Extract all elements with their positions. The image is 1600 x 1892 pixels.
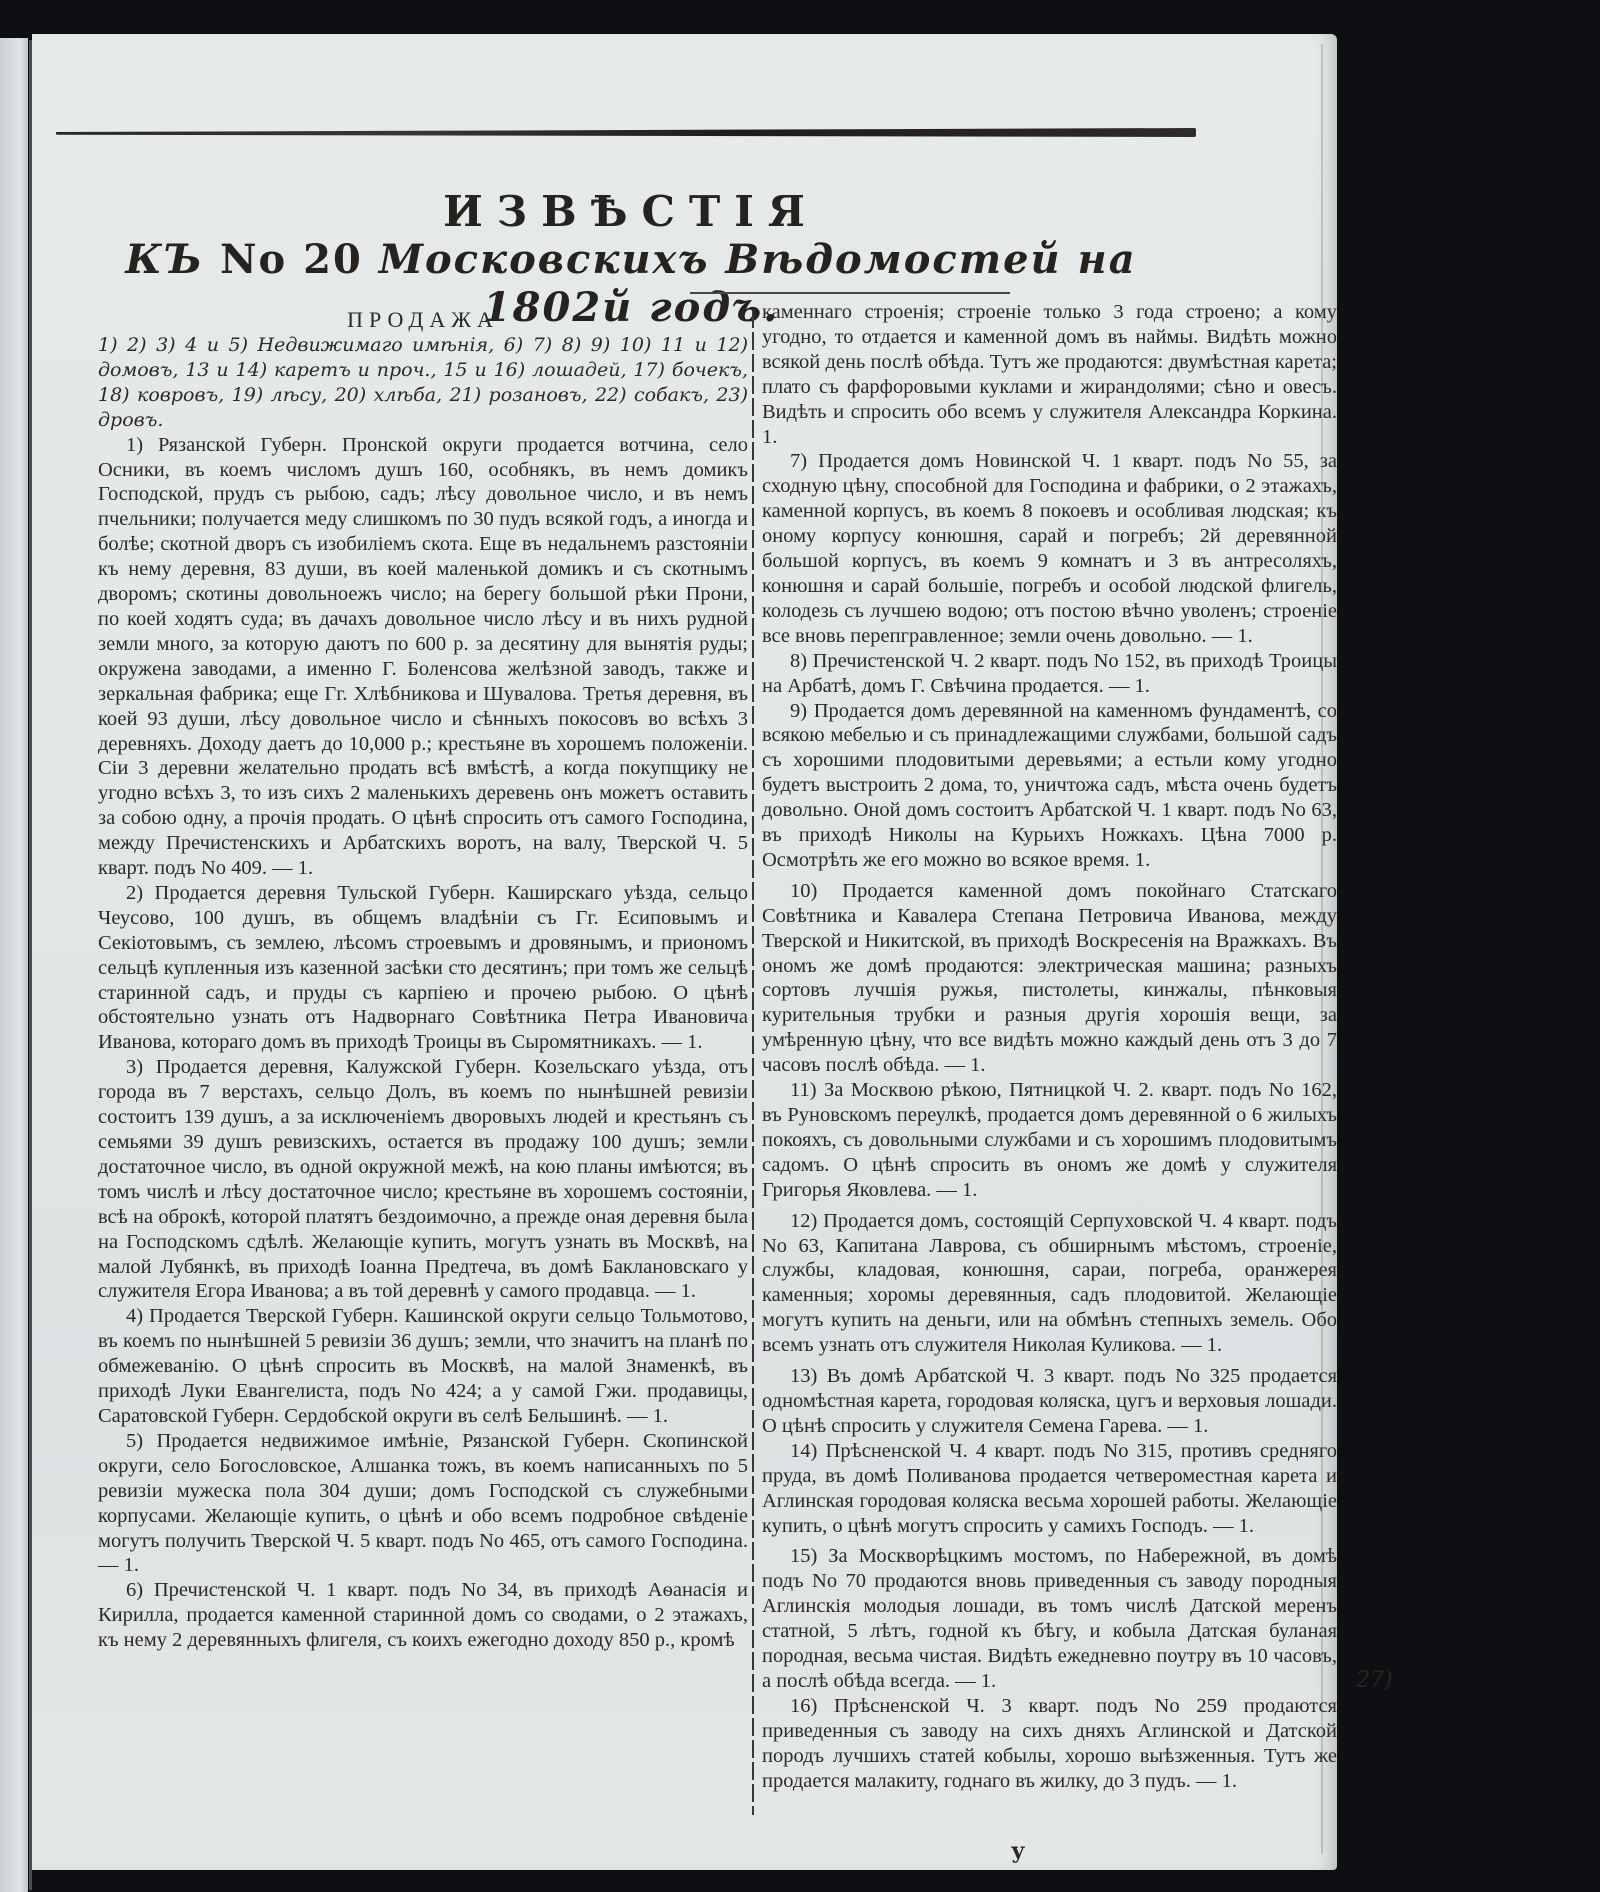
listing-16: 16) Прѣсненской Ч. 3 кварт. подъ No 259 … [762, 1694, 1337, 1794]
listing-8: 8) Пречистенской Ч. 2 кварт. подъ No 152… [762, 649, 1337, 699]
listing-number: 14) [790, 1440, 817, 1462]
listing-text: Продается домъ деревянной на каменномъ ф… [762, 700, 1337, 871]
listing-text: Продается деревня, Калужской Губерн. Коз… [98, 1056, 748, 1302]
issue-number: No 20 [220, 236, 363, 283]
listing-number: 8) [790, 650, 807, 672]
listing-15: 15) За Москворѣцкимъ мостомъ, по Набереж… [762, 1544, 1337, 1693]
listing-12: 12) Продается домъ, состоящій Серпуховск… [762, 1209, 1337, 1358]
masthead: ИЗВѢСТІЯ [56, 188, 1206, 236]
page-number: 27) [1356, 1668, 1393, 1693]
listing-text: Пречистенской Ч. 1 кварт. подъ No 34, въ… [98, 1579, 748, 1651]
listing-text: Въ домѣ Арбатской Ч. 3 кварт. подъ No 32… [762, 1365, 1337, 1437]
listing-text: Продается домъ Новинской Ч. 1 кварт. под… [762, 450, 1337, 646]
listing-text: За Москворѣцкимъ мостомъ, по Набережной,… [762, 1545, 1337, 1692]
listing-1: 1) Рязанской Губерн. Пронской округи про… [98, 433, 748, 881]
listing-5: 5) Продается недвижимое имѣніе, Рязанско… [98, 1429, 748, 1578]
listing-number: 7) [790, 450, 807, 472]
subtitle-rule [690, 292, 1010, 294]
listing-text: За Москвою рѣкою, Пятницкой Ч. 2. кварт.… [762, 1079, 1337, 1201]
subtitle-prefix: КЪ [125, 236, 204, 283]
listing-number: 5) [126, 1430, 143, 1452]
listing-text: Пречистенской Ч. 2 кварт. подъ No 152, в… [762, 650, 1337, 697]
listing-number: 4) [126, 1305, 143, 1327]
listing-14: 14) Прѣсненской Ч. 4 кварт. подъ No 315,… [762, 1439, 1337, 1539]
masthead-title: ИЗВѢСТІЯ [56, 188, 1206, 236]
listing-text: Продается деревня Тульской Губерн. Кашир… [98, 882, 748, 1053]
listing-text: Продается Тверской Губерн. Кашинской окр… [98, 1305, 748, 1427]
section-heading: ПРОДАЖА [98, 307, 748, 333]
listing-6-continued: каменнаго строенія; строеніе только 3 го… [762, 300, 1337, 449]
listing-6: 6) Пречистенской Ч. 1 кварт. подъ No 34,… [98, 1578, 748, 1653]
listing-number: 16) [790, 1695, 817, 1717]
listing-text: Прѣсненской Ч. 4 кварт. подъ No 315, про… [762, 1440, 1337, 1537]
listing-2: 2) Продается деревня Тульской Губерн. Ка… [98, 881, 748, 1055]
listing-number: 12) [790, 1210, 817, 1232]
right-column: каменнаго строенія; строеніе только 3 го… [762, 300, 1337, 1793]
listing-number: 2) [126, 882, 143, 904]
listing-text: каменнаго строенія; строеніе только 3 го… [762, 301, 1337, 448]
listing-number: 3) [126, 1056, 143, 1078]
listing-number: 1) [126, 434, 143, 456]
listing-number: 11) [790, 1079, 817, 1101]
listing-number: 9) [790, 700, 807, 722]
listing-text: Продается каменной домъ покойнаго Статск… [762, 880, 1337, 1076]
listing-3: 3) Продается деревня, Калужской Губерн. … [98, 1055, 748, 1304]
listing-4: 4) Продается Тверской Губерн. Кашинской … [98, 1304, 748, 1429]
listing-text: Прѣсненской Ч. 3 кварт. подъ No 259 прод… [762, 1695, 1337, 1792]
listing-7: 7) Продается домъ Новинской Ч. 1 кварт. … [762, 449, 1337, 648]
listing-text: Продается домъ, состоящій Серпуховской Ч… [762, 1210, 1337, 1357]
signature-mark: у [1011, 1838, 1025, 1864]
listing-number: 13) [790, 1365, 817, 1387]
listing-number: 6) [126, 1579, 143, 1601]
section-index: 1) 2) 3) 4 и 5) Недвижимаго имѣнія, 6) 7… [98, 333, 748, 433]
left-column: ПРОДАЖА 1) 2) 3) 4 и 5) Недвижимаго имѣн… [98, 307, 748, 1653]
listing-text: Продается недвижимое имѣніе, Рязанской Г… [98, 1430, 748, 1577]
listing-10: 10) Продается каменной домъ покойнаго Ст… [762, 879, 1337, 1078]
listing-11: 11) За Москвою рѣкою, Пятницкой Ч. 2. кв… [762, 1078, 1337, 1203]
listing-13: 13) Въ домѣ Арбатской Ч. 3 кварт. подъ N… [762, 1364, 1337, 1439]
previous-page-edge [0, 38, 28, 1892]
listing-9: 9) Продается домъ деревянной на каменном… [762, 699, 1337, 873]
listing-text: Рязанской Губерн. Пронской округи продае… [98, 434, 748, 879]
listing-number: 10) [790, 880, 817, 902]
column-divider [752, 310, 754, 1815]
listing-number: 15) [790, 1545, 817, 1567]
